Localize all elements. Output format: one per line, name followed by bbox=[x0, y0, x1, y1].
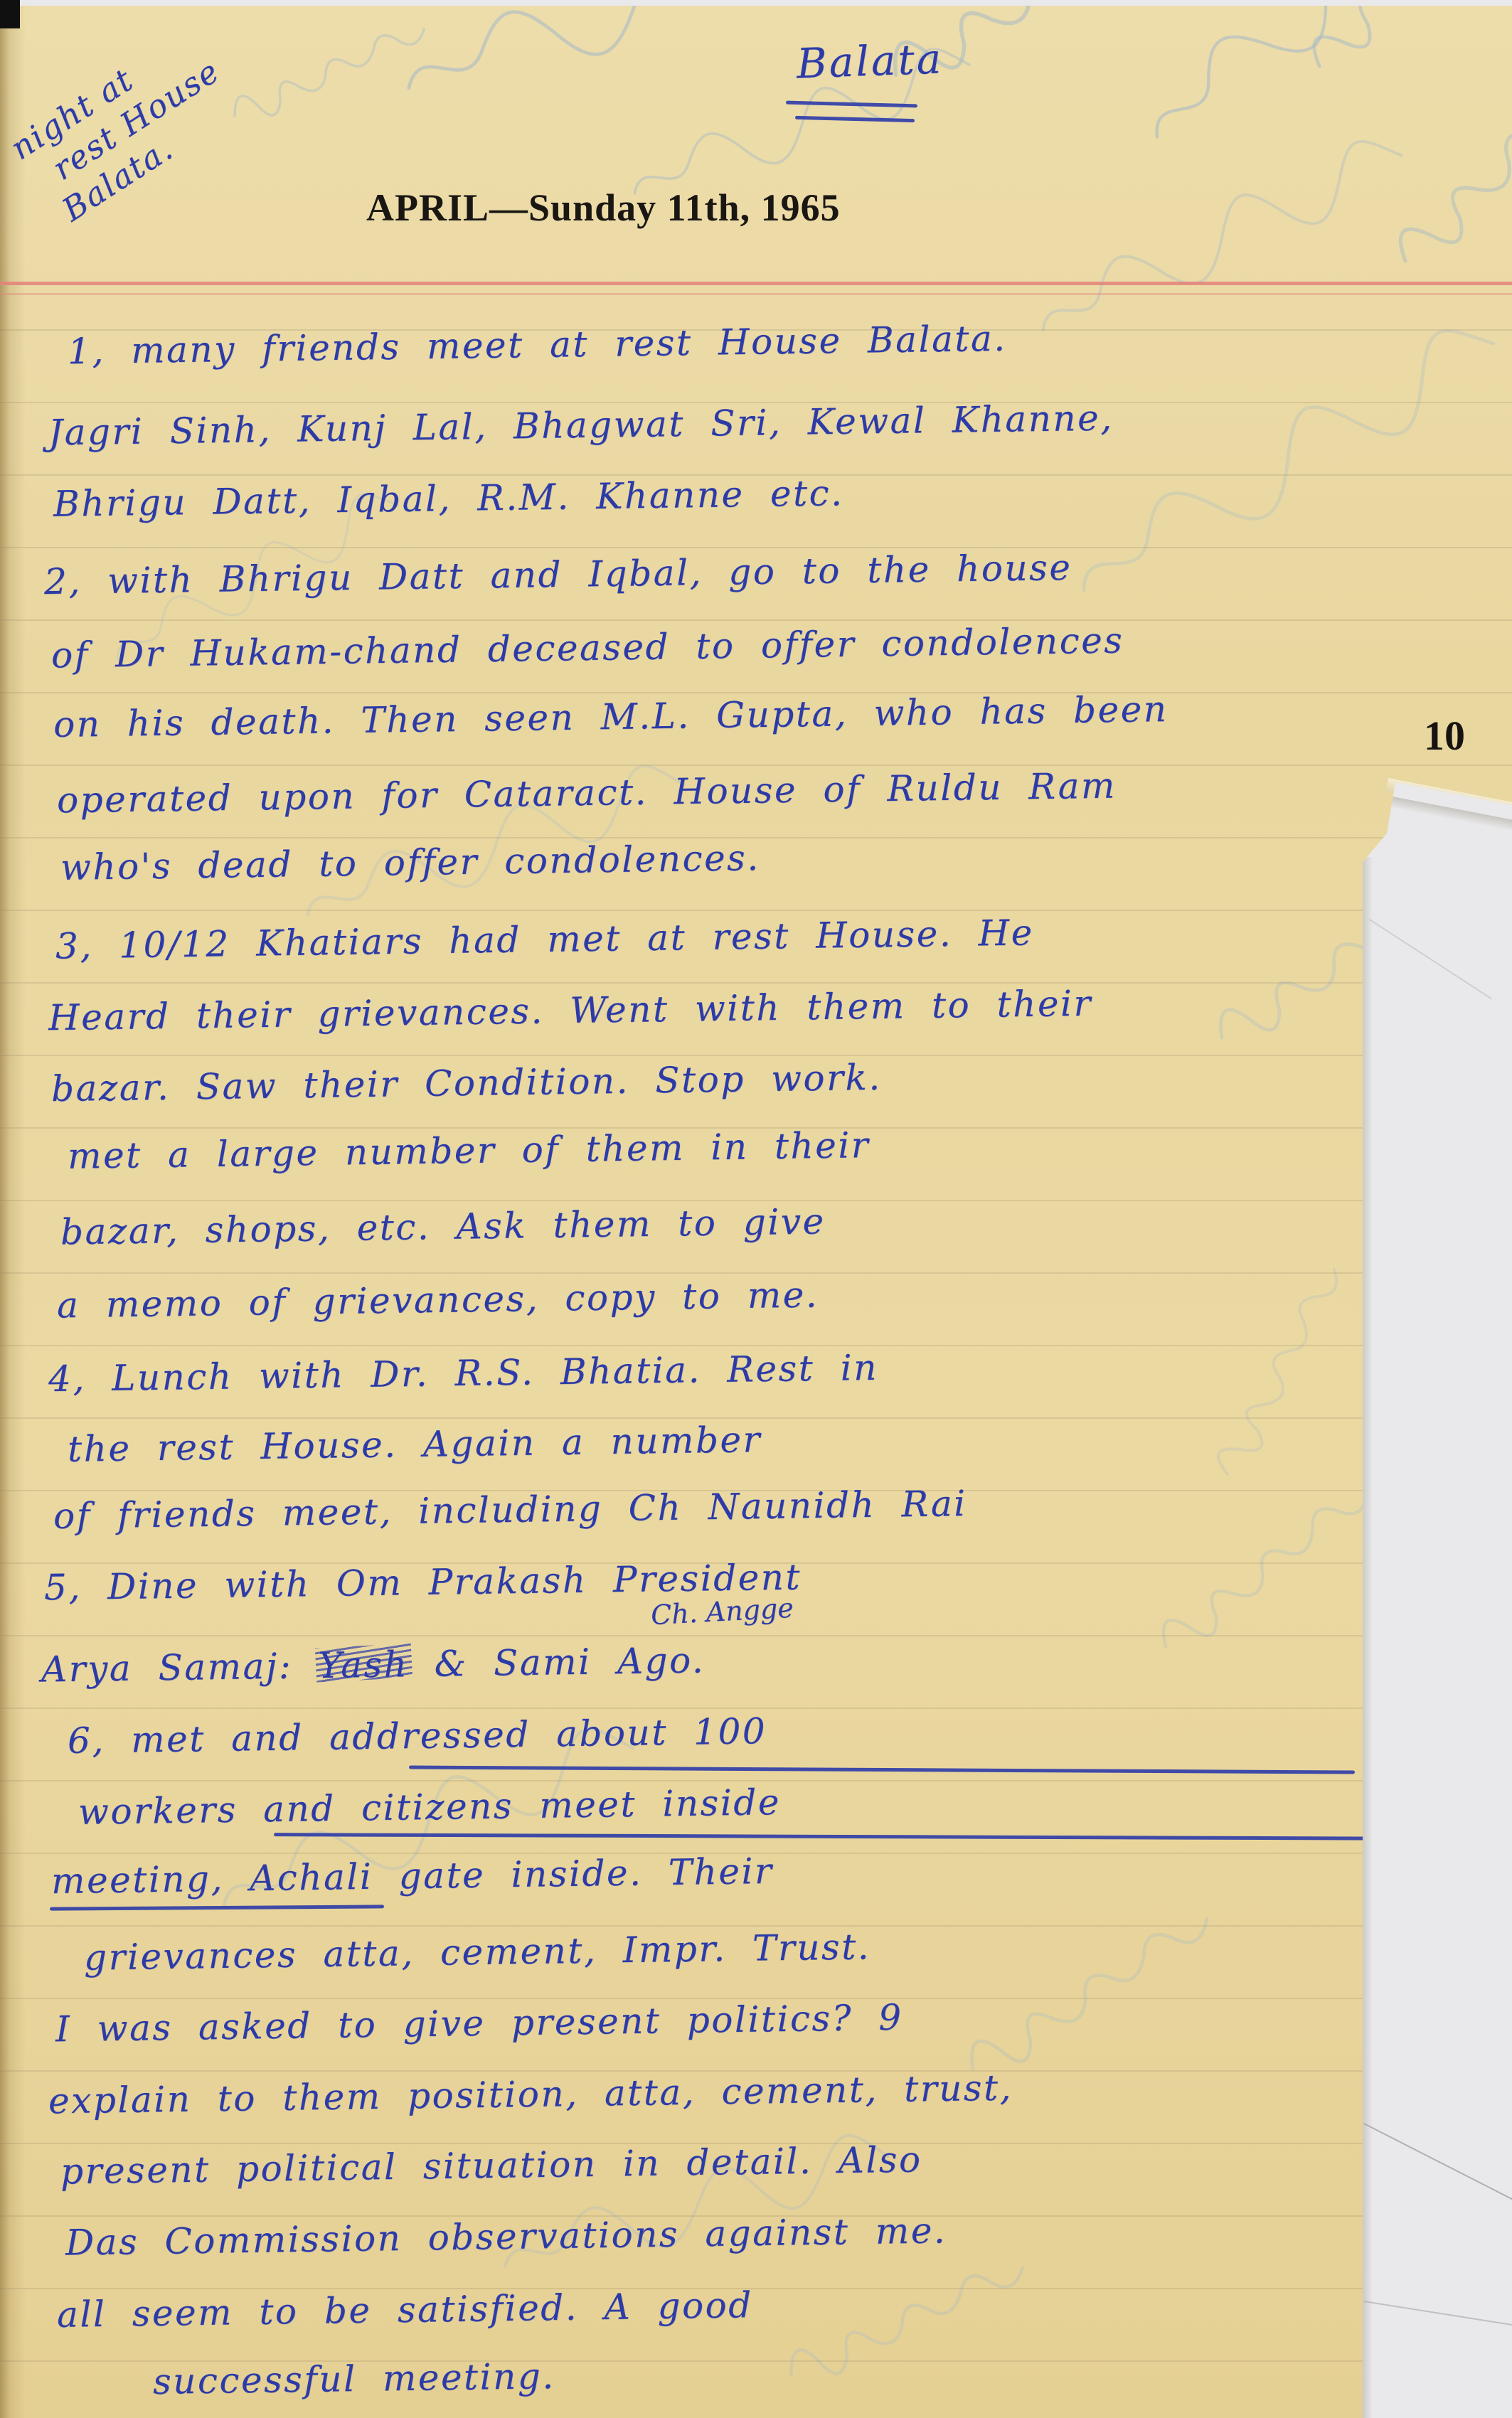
handwritten-line: successful meeting. bbox=[153, 2358, 555, 2400]
printed-date-header: APRIL—Sunday 11th, 1965 bbox=[366, 187, 841, 229]
red-rule bbox=[0, 282, 1512, 285]
handwritten-line: bazar, shops, etc. Ask them to give bbox=[60, 1203, 826, 1250]
handwritten-line: workers and citizens meet inside bbox=[78, 1784, 781, 1830]
marginalia-note: night at rest House Balata. bbox=[4, 18, 249, 235]
handwritten-line: the rest House. Again a number bbox=[68, 1422, 762, 1467]
handwritten-line: met a large number of them in their bbox=[68, 1127, 871, 1174]
diary-page: APRIL—Sunday 11th, 1965 10 Balata night … bbox=[0, 6, 1512, 2418]
note-underline bbox=[795, 116, 915, 122]
handwritten-line: who's dead to offer condolences. bbox=[60, 840, 760, 885]
handwritten-line: Bhrigu Datt, Iqbal, R.M. Khanne etc. bbox=[53, 475, 844, 522]
paper-crease bbox=[1364, 2301, 1512, 2326]
torn-corner-shadow bbox=[1390, 797, 1512, 832]
handwritten-line: bazar. Saw their Condition. Stop work. bbox=[51, 1060, 882, 1107]
red-rule-faint bbox=[0, 293, 1512, 295]
paper-crease bbox=[1363, 2123, 1512, 2200]
paper-crease bbox=[1369, 919, 1492, 999]
handwritten-line: grievances atta, cement, Impr. Trust. bbox=[84, 1929, 871, 1975]
handwritten-line: a memo of grievances, copy to me. bbox=[57, 1277, 819, 1323]
note-underline bbox=[786, 101, 917, 108]
struck-word: Yash bbox=[318, 1646, 408, 1683]
handwritten-line: 4, Lunch with Dr. R.S. Bhatia. Rest in bbox=[48, 1350, 878, 1397]
handwritten-line: 6, met and addressed about 100 bbox=[68, 1713, 767, 1759]
page-number: 10 bbox=[1424, 715, 1465, 757]
handwritten-line: all seem to be satisfied. A good bbox=[57, 2287, 753, 2333]
handwritten-line: meeting, Achali gate inside. Their bbox=[51, 1853, 774, 1899]
scan-corner-mark bbox=[0, 0, 20, 28]
location-note: Balata bbox=[796, 34, 944, 87]
handwritten-line: 5, Dine with Om Prakash President bbox=[44, 1560, 802, 1606]
handwritten-line: Arya Samaj: Yash & Sami Ago. bbox=[41, 1642, 706, 1687]
